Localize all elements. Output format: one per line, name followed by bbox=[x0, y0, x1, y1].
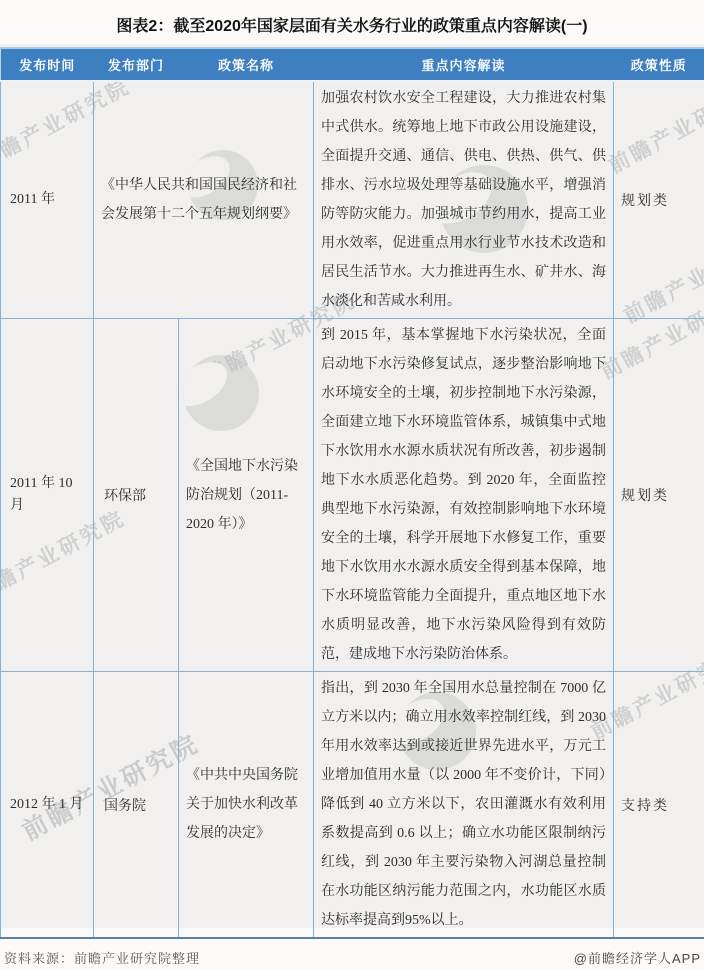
policy-name-cell: 《全国地下水污染防治规划（2011-2020 年）》 bbox=[179, 319, 314, 672]
source-note: 资料来源：前瞻产业研究院整理 bbox=[4, 948, 200, 967]
table-row: 2011 年 10 月 环保部 《全国地下水污染防治规划（2011-2020 年… bbox=[1, 319, 704, 672]
policy-nature-cell: 规划类 bbox=[614, 81, 704, 319]
figure-title: 图表2：截至2020年国家层面有关水务行业的政策重点内容解读(一) bbox=[0, 0, 704, 36]
column-header-publish-time: 发布时间 bbox=[1, 48, 94, 81]
publish-time-cell: 2011 年 10 月 bbox=[1, 319, 94, 672]
column-header-policy-nature: 政策性质 bbox=[614, 48, 704, 81]
figure-footer: 资料来源：前瞻产业研究院整理 @前瞻经济学人APP bbox=[0, 948, 704, 967]
table-row: 2011 年 《中华人民共和国国民经济和社会发展第十二个五年规划纲要》 加强农村… bbox=[1, 81, 704, 319]
publish-time-cell: 2012 年 1 月 bbox=[1, 672, 94, 939]
key-content-cell: 到 2015 年，基本掌握地下水污染状况，全面启动地下水污染修复试点，逐步整治影… bbox=[314, 319, 614, 672]
policy-nature-cell: 支持类 bbox=[614, 672, 704, 939]
key-content-cell: 加强农村饮水安全工程建设，大力推进农村集中式供水。统筹地上地下市政公用设施建设，… bbox=[314, 81, 614, 319]
table-row: 2012 年 1 月 国务院 《中共中央国务院关于加快水利改革发展的决定》 指出… bbox=[1, 672, 704, 939]
table-header-row: 发布时间 发布部门 政策名称 重点内容解读 政策性质 bbox=[1, 48, 704, 81]
publish-dept-cell: 环保部 bbox=[94, 319, 179, 672]
column-header-key-content: 重点内容解读 bbox=[314, 48, 614, 81]
publish-dept-cell: 国务院 bbox=[94, 672, 179, 939]
policy-name-cell: 《中共中央国务院关于加快水利改革发展的决定》 bbox=[179, 672, 314, 939]
policy-name-cell: 《中华人民共和国国民经济和社会发展第十二个五年规划纲要》 bbox=[94, 81, 314, 319]
column-header-policy-name: 政策名称 bbox=[179, 48, 314, 81]
app-handle: @前瞻经济学人APP bbox=[574, 948, 701, 967]
figure-page: 前瞻产业研究院 前瞻产业研究院 前瞻产业研究院 前瞻产业研究院 前瞻产业研究院 … bbox=[0, 0, 704, 969]
publish-time-cell: 2011 年 bbox=[1, 81, 94, 319]
policy-nature-cell: 规划类 bbox=[614, 319, 704, 672]
key-content-cell: 指出，到 2030 年全国用水总量控制在 7000 亿立方米以内；确立用水效率控… bbox=[314, 672, 614, 939]
column-header-publish-dept: 发布部门 bbox=[94, 48, 179, 81]
policy-table: 发布时间 发布部门 政策名称 重点内容解读 政策性质 2011 年 《中华人民共… bbox=[0, 47, 704, 939]
